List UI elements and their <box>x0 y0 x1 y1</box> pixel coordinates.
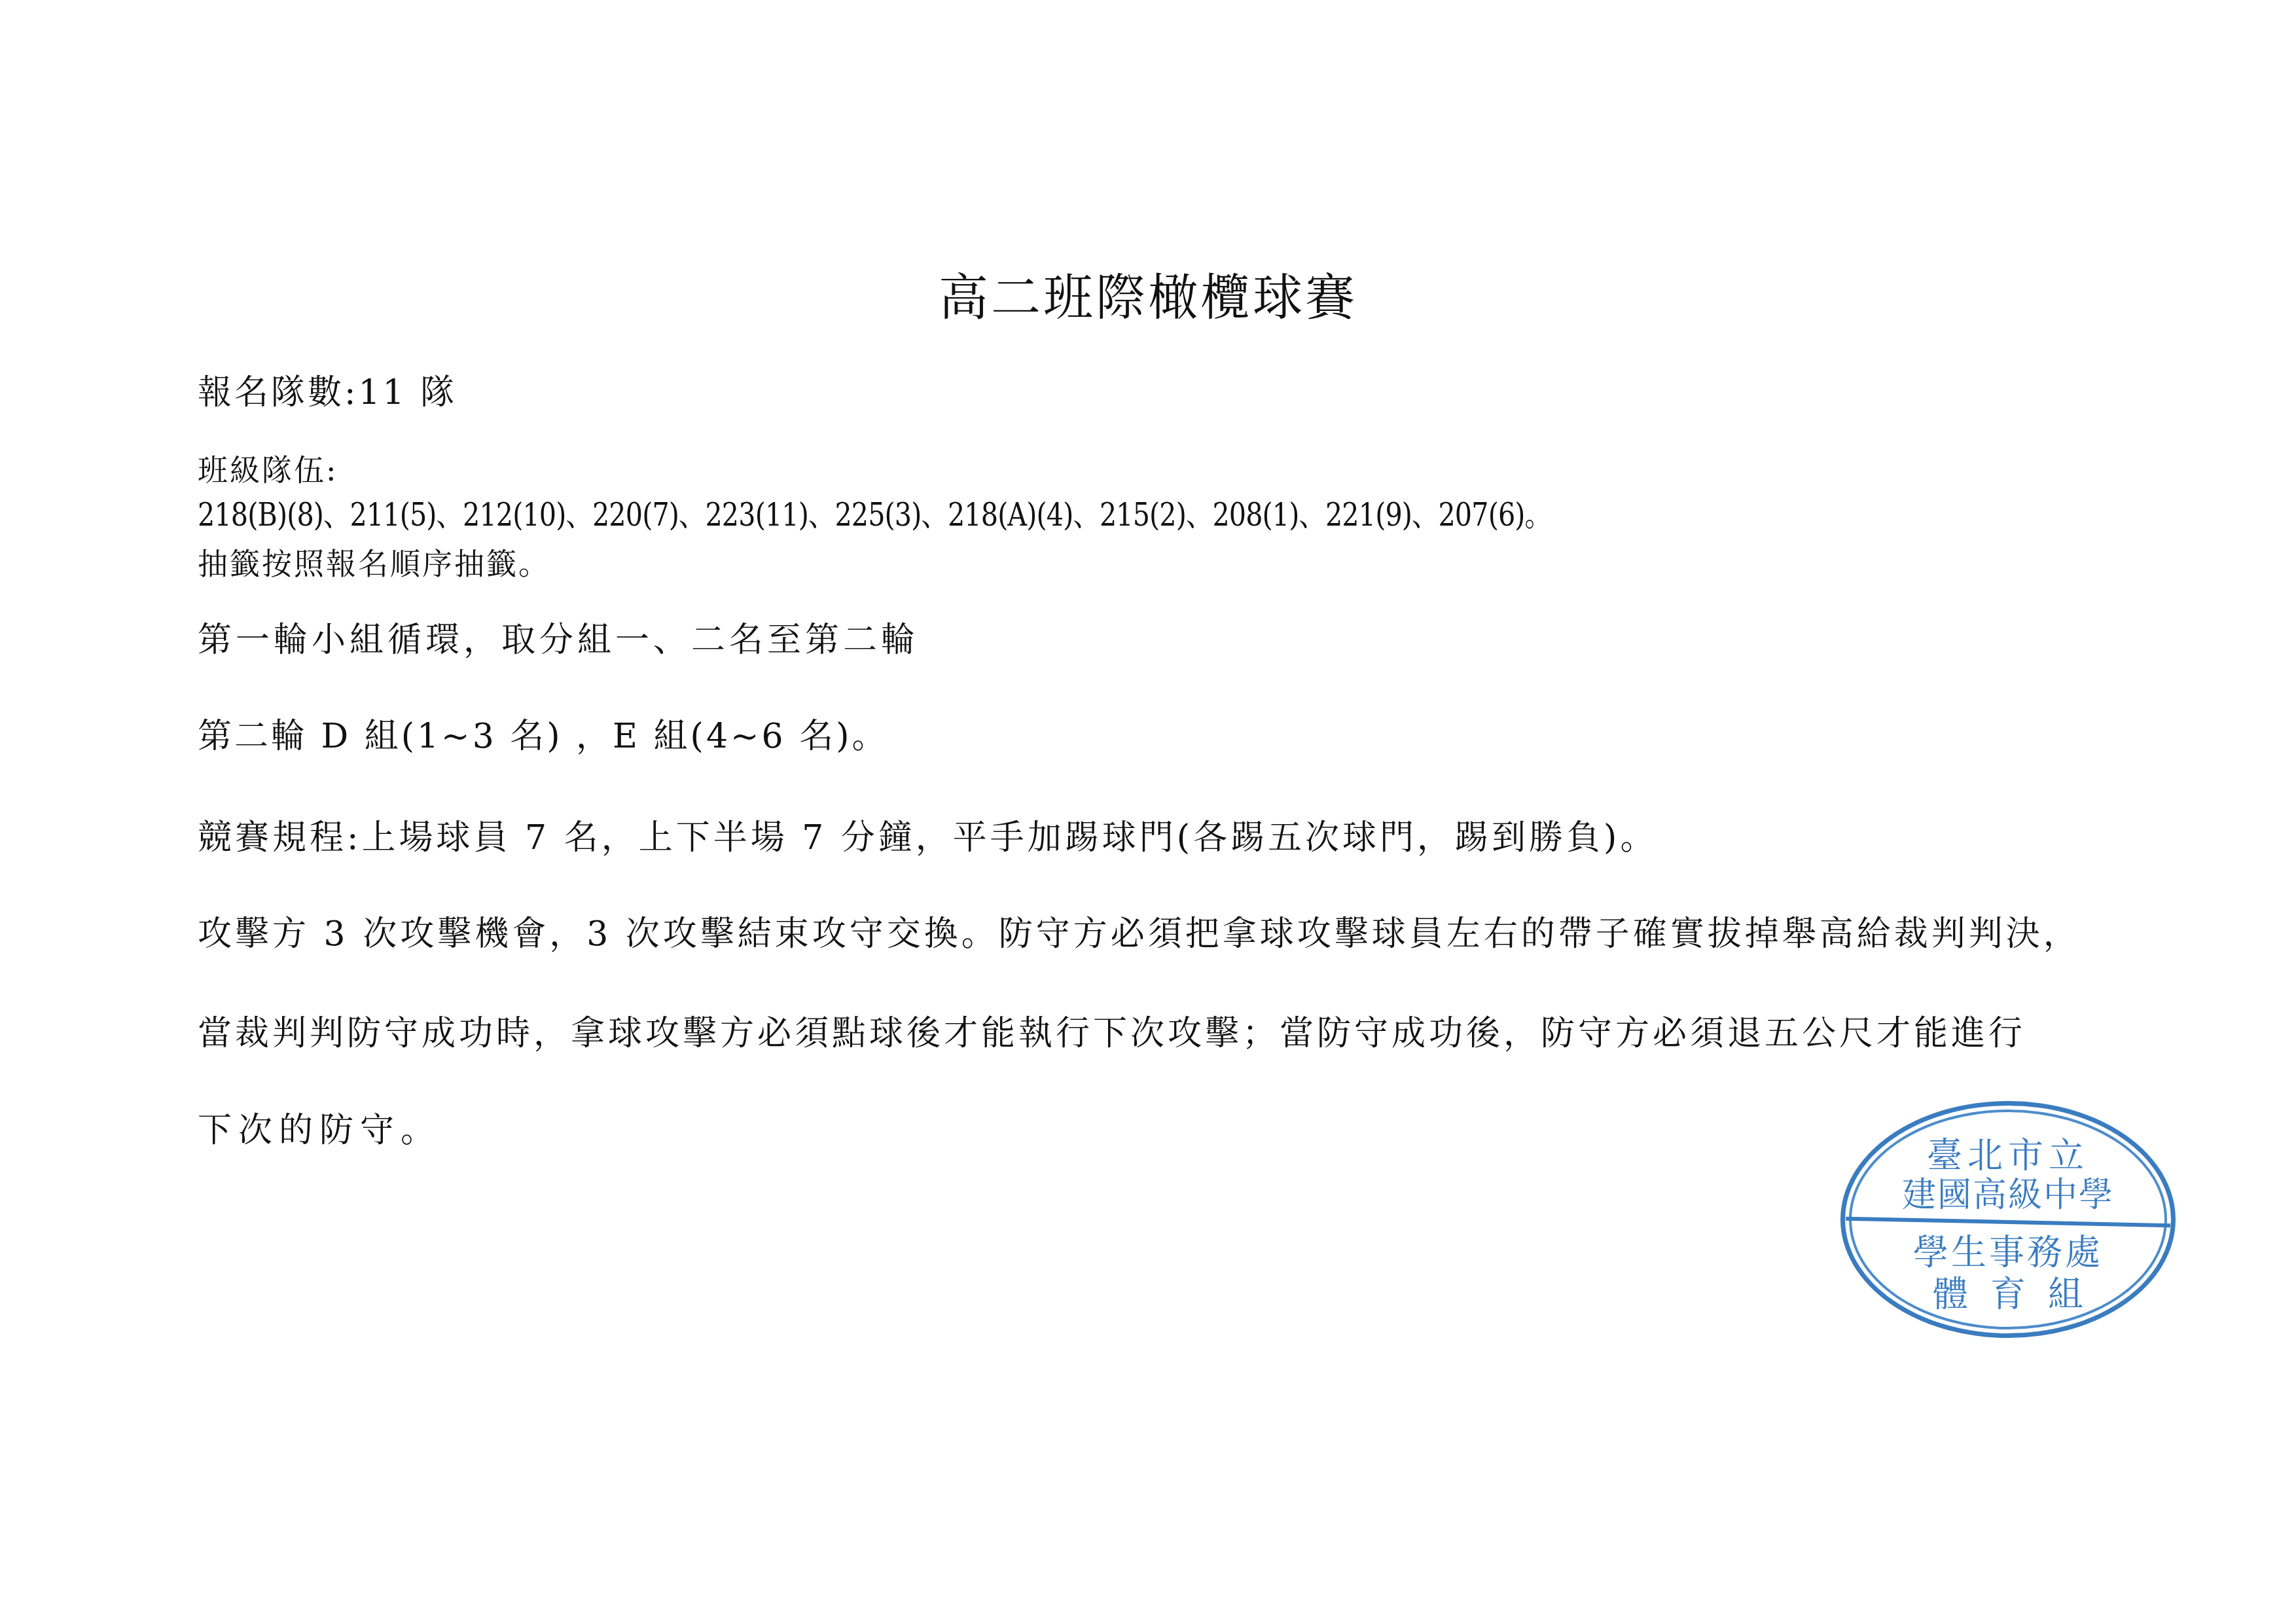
rules-paragraph-line-2: 當裁判判防守成功時，拿球攻擊方必須點球後才能執行下次攻擊；當防守成功後，防守方必… <box>198 1011 2026 1056</box>
stamp-line-office: 學生事務處 <box>1840 1232 2176 1274</box>
rules-paragraph-line-3: 下次的防守。 <box>198 1108 441 1153</box>
official-seal-stamp: 臺北市立 建國高級中學 學生事務處 體育組 <box>1840 1101 2176 1338</box>
round1-description: 第一輪小組循環，取分組一、二名至第二輪 <box>198 617 919 663</box>
teams-heading: 班級隊伍: <box>198 447 338 493</box>
stamp-line-section: 體育組 <box>1840 1274 2176 1316</box>
registration-count: 報名隊數:11 隊 <box>198 370 457 416</box>
stamp-line-school: 建國高級中學 <box>1840 1174 2176 1216</box>
document-page: 高二班際橄欖球賽 報名隊數:11 隊 班級隊伍: 218(B)(8)、211(5… <box>0 0 2296 1624</box>
teams-list: 218(B)(8)、211(5)、212(10)、220(7)、223(11)、… <box>198 492 1551 538</box>
document-title: 高二班際橄欖球賽 <box>0 265 2296 331</box>
round2-description: 第二輪 D 組(1~3 名) ，E 組(4~6 名)。 <box>198 713 888 759</box>
competition-rules: 競賽規程:上場球員 7 名，上下半場 7 分鐘，平手加踢球門(各踢五次球門，踢到… <box>198 815 1657 861</box>
rules-paragraph-line-1: 攻擊方 3 次攻擊機會，3 次攻擊結束攻守交換。防守方必須把拿球攻擊球員左右的帶… <box>198 911 2081 957</box>
stamp-line-city: 臺北市立 <box>1840 1135 2176 1177</box>
draw-note: 抽籤按照報名順序抽籤。 <box>198 541 550 586</box>
